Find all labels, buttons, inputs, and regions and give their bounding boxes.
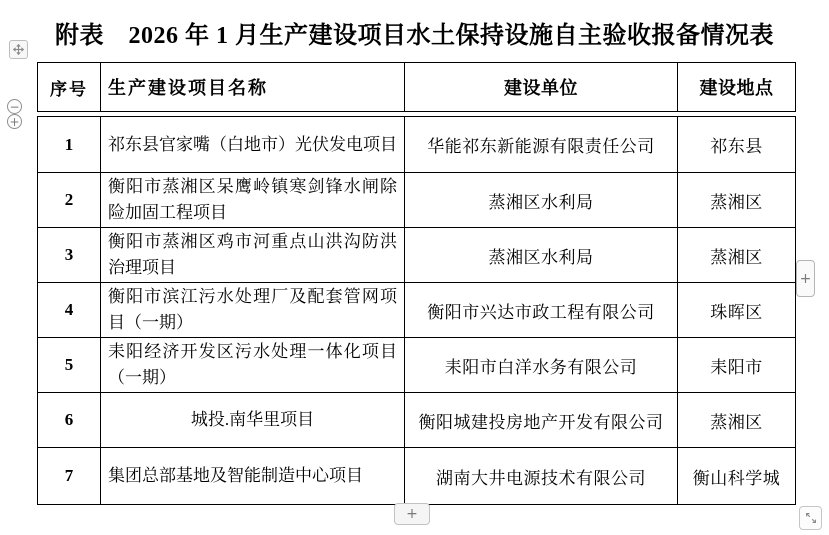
- header-serial-number: 序号: [38, 63, 100, 111]
- header-construction-unit: 建设单位: [404, 63, 677, 111]
- project-name-line: （一期）: [108, 365, 397, 391]
- cell-unit: 衡阳城建投房地产开发有限公司: [404, 393, 677, 447]
- cell-project-name: 衡阳市蒸湘区鸡市河重点山洪沟防洪治理项目: [100, 228, 404, 282]
- data-table[interactable]: 序号 生产建设项目名称 建设单位 建设地点 1祁东县官家嘴（白地市）光伏发电项目…: [37, 62, 796, 505]
- cell-serial: 7: [38, 448, 100, 504]
- cell-location: 耒阳市: [677, 338, 795, 392]
- cell-serial: 6: [38, 393, 100, 447]
- cell-location: 蒸湘区: [677, 173, 795, 227]
- cell-project-name: 集团总部基地及智能制造中心项目: [100, 448, 404, 504]
- cell-serial: 4: [38, 283, 100, 337]
- project-name-line: 耒阳经济开发区污水处理一体化项目: [108, 339, 397, 365]
- document-title: 附表 2026 年 1 月生产建设项目水土保持设施自主验收报备情况表: [0, 15, 829, 50]
- cell-location: 衡山科学城: [677, 448, 795, 504]
- project-name-line: 集团总部基地及智能制造中心项目: [108, 463, 397, 489]
- project-name-line: 衡阳市蒸湘区鸡市河重点山洪沟防洪: [108, 229, 397, 255]
- cell-serial: 2: [38, 173, 100, 227]
- table-row: 6城投.南华里项目衡阳城建投房地产开发有限公司蒸湘区: [38, 392, 795, 447]
- table-row: 5耒阳经济开发区污水处理一体化项目（一期）耒阳市白洋水务有限公司耒阳市: [38, 337, 795, 392]
- cell-serial: 3: [38, 228, 100, 282]
- add-row-right-button[interactable]: +: [796, 260, 815, 297]
- table-row: 4衡阳市滨江污水处理厂及配套管网项目（一期）衡阳市兴达市政工程有限公司珠晖区: [38, 282, 795, 337]
- cell-unit: 华能祁东新能源有限责任公司: [404, 117, 677, 172]
- cell-unit: 衡阳市兴达市政工程有限公司: [404, 283, 677, 337]
- project-name-line: 衡阳市滨江污水处理厂及配套管网项: [108, 284, 397, 310]
- cell-project-name: 衡阳市蒸湘区呆鹰岭镇寒剑锋水闸除险加固工程项目: [100, 173, 404, 227]
- cell-project-name: 祁东县官家嘴（白地市）光伏发电项目: [100, 117, 404, 172]
- cell-unit: 蒸湘区水利局: [404, 228, 677, 282]
- collapse-button[interactable]: −: [7, 99, 22, 114]
- cell-unit: 蒸湘区水利局: [404, 173, 677, 227]
- add-row-bottom-button[interactable]: +: [394, 503, 430, 525]
- cell-project-name: 城投.南华里项目: [100, 393, 404, 447]
- project-name-line: 衡阳市蒸湘区呆鹰岭镇寒剑锋水闸除: [108, 174, 397, 200]
- plus-icon: +: [800, 271, 812, 287]
- project-name-line: 目（一期）: [108, 310, 397, 336]
- move-icon: [12, 43, 25, 56]
- project-name-line: 险加固工程项目: [108, 200, 397, 226]
- cell-unit: 耒阳市白洋水务有限公司: [404, 338, 677, 392]
- project-name-line: 城投.南华里项目: [108, 407, 397, 433]
- header-project-name: 生产建设项目名称: [100, 63, 404, 111]
- header-construction-location: 建设地点: [677, 63, 795, 111]
- cell-location: 珠晖区: [677, 283, 795, 337]
- resize-diagonal-icon: [803, 510, 819, 526]
- cell-location: 蒸湘区: [677, 393, 795, 447]
- table-row: 2衡阳市蒸湘区呆鹰岭镇寒剑锋水闸除险加固工程项目蒸湘区水利局蒸湘区: [38, 172, 795, 227]
- cell-serial: 5: [38, 338, 100, 392]
- cell-location: 祁东县: [677, 117, 795, 172]
- cell-location: 蒸湘区: [677, 228, 795, 282]
- table-move-handle[interactable]: [9, 40, 28, 59]
- plus-icon: +: [9, 116, 19, 128]
- table-row: 7集团总部基地及智能制造中心项目湖南大井电源技术有限公司衡山科学城: [38, 447, 795, 504]
- cell-project-name: 耒阳经济开发区污水处理一体化项目（一期）: [100, 338, 404, 392]
- table-body: 1祁东县官家嘴（白地市）光伏发电项目华能祁东新能源有限责任公司祁东县2衡阳市蒸湘…: [37, 116, 796, 505]
- table-resize-handle[interactable]: [799, 506, 822, 530]
- table-header-row: 序号 生产建设项目名称 建设单位 建设地点: [37, 62, 796, 112]
- minus-icon: −: [9, 101, 19, 113]
- cell-serial: 1: [38, 117, 100, 172]
- cell-unit: 湖南大井电源技术有限公司: [404, 448, 677, 504]
- cell-project-name: 衡阳市滨江污水处理厂及配套管网项目（一期）: [100, 283, 404, 337]
- plus-icon: +: [406, 506, 418, 522]
- table-row: 1祁东县官家嘴（白地市）光伏发电项目华能祁东新能源有限责任公司祁东县: [38, 117, 795, 172]
- project-name-line: 治理项目: [108, 255, 397, 281]
- project-name-line: 祁东县官家嘴（白地市）光伏发电项目: [108, 132, 397, 158]
- expand-button[interactable]: +: [7, 114, 22, 129]
- table-row: 3衡阳市蒸湘区鸡市河重点山洪沟防洪治理项目蒸湘区水利局蒸湘区: [38, 227, 795, 282]
